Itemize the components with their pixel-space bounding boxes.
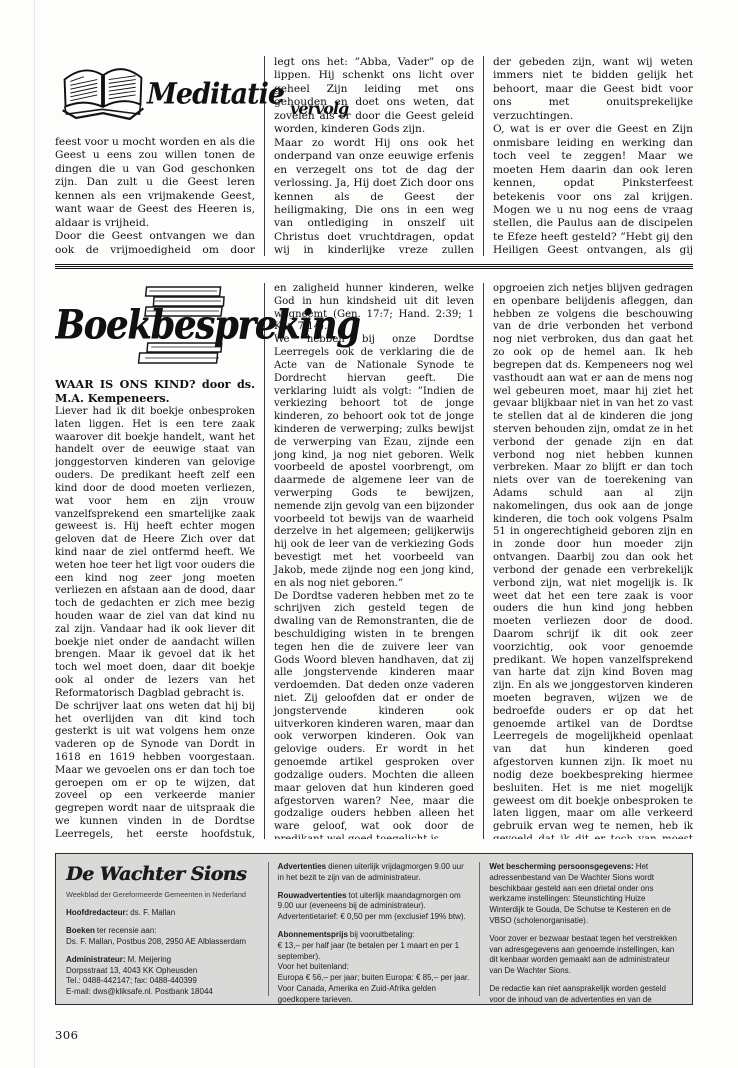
- paragraph: feest voor u mocht worden en als die Gee…: [55, 136, 255, 230]
- colophon-item: Voor zover er bezwaar bestaat tegen het …: [489, 934, 682, 977]
- paragraph: Maar zo wordt Hij ons ook het onderpand …: [274, 137, 474, 256]
- paragraph: De schrijver laat ons weten dat hij bij …: [55, 701, 255, 839]
- boekbespreking-logo: Boekbespreking: [55, 283, 255, 371]
- page-number: 306: [55, 1028, 78, 1042]
- colophon-column-left: De Wachter Sions Weekblad der Gereformee…: [66, 862, 259, 996]
- boekbespreking-column-1: Boekbespreking WAAR IS ONS KIND? door ds…: [55, 283, 255, 839]
- colophon-item: Rouwadvertentiestot uiterlijk maandagmor…: [278, 891, 471, 923]
- paragraph: We hebben bij onze Dordtse Leerregels oo…: [274, 334, 474, 590]
- paragraph: opgroeien zich netjes blijven gedragen e…: [493, 283, 693, 839]
- colophon-item: Wet bescherming persoonsgegevens:Het adr…: [489, 862, 682, 927]
- meditatie-column-3: der gebeden zijn, want wij weten immers …: [483, 56, 693, 256]
- colophon-column-middle: Advertentiesdienen uiterlijk vrijdagmorg…: [268, 862, 471, 996]
- meditatie-title: Meditatie: [147, 77, 284, 110]
- paragraph: der gebeden zijn, want wij weten immers …: [493, 56, 693, 123]
- paragraph: O, wat is er over die Geest en Zijn onmi…: [493, 123, 693, 256]
- boekbespreking-column-3: opgroeien zich netjes blijven gedragen e…: [483, 283, 693, 839]
- paragraph: legt ons het: ”Abba, Vader” op de lippen…: [274, 56, 474, 137]
- meditatie-header: Meditatie vervolg: [55, 56, 255, 132]
- scan-edge-line: [34, 0, 35, 1068]
- boekbespreking-title: Boekbespreking: [55, 302, 360, 349]
- meditatie-section: Meditatie vervolg feest voor u mocht wor…: [55, 56, 693, 256]
- paragraph: Door die Geest ontvangen we dan ook de v…: [55, 230, 255, 256]
- paragraph: Liever had ik dit boekje onbesproken lat…: [55, 406, 255, 701]
- colophon-item: Administrateur:M. Meijering Dorpsstraat …: [66, 955, 259, 998]
- colophon-column-right: Wet bescherming persoonsgegevens:Het adr…: [479, 862, 682, 996]
- meditatie-col1-text: feest voor u mocht worden en als die Gee…: [55, 136, 255, 256]
- meditatie-column-2: legt ons het: ”Abba, Vader” op de lippen…: [264, 56, 474, 256]
- masthead-title: De Wachter Sions: [66, 862, 259, 888]
- masthead-subtitle: Weekblad der Gereformeerde Gemeenten in …: [66, 890, 259, 900]
- open-book-icon: [55, 60, 151, 129]
- boekbespreking-section: Boekbespreking WAAR IS ONS KIND? door ds…: [55, 283, 693, 839]
- boekbespreking-col1-text: Liever had ik dit boekje onbesproken lat…: [55, 406, 255, 839]
- colophon-item: Boekenter recensie aan: Ds. F. Mallan, P…: [66, 926, 259, 948]
- colophon-item: Advertentiesdienen uiterlijk vrijdagmorg…: [278, 862, 471, 884]
- colophon-item: Abonnementsprijsbij vooruitbetaling: € 1…: [278, 930, 471, 1005]
- meditatie-column-1: Meditatie vervolg feest voor u mocht wor…: [55, 56, 255, 256]
- page-content: Meditatie vervolg feest voor u mocht wor…: [55, 56, 693, 1005]
- colophon-box: De Wachter Sions Weekblad der Gereformee…: [55, 853, 693, 1005]
- colophon-item: Hoofdredacteur:ds. F. Mallan: [66, 908, 259, 919]
- review-heading: WAAR IS ONS KIND? door ds. M.A. Kempenee…: [55, 377, 255, 405]
- paragraph: De Dordtse vaderen hebben met zo te schr…: [274, 591, 474, 840]
- colophon-item: De redactie kan niet aansprakelijk worde…: [489, 984, 682, 1005]
- section-divider: [55, 264, 693, 269]
- boekbespreking-column-2: en zaligheid hunner kinderen, welke God …: [264, 283, 474, 839]
